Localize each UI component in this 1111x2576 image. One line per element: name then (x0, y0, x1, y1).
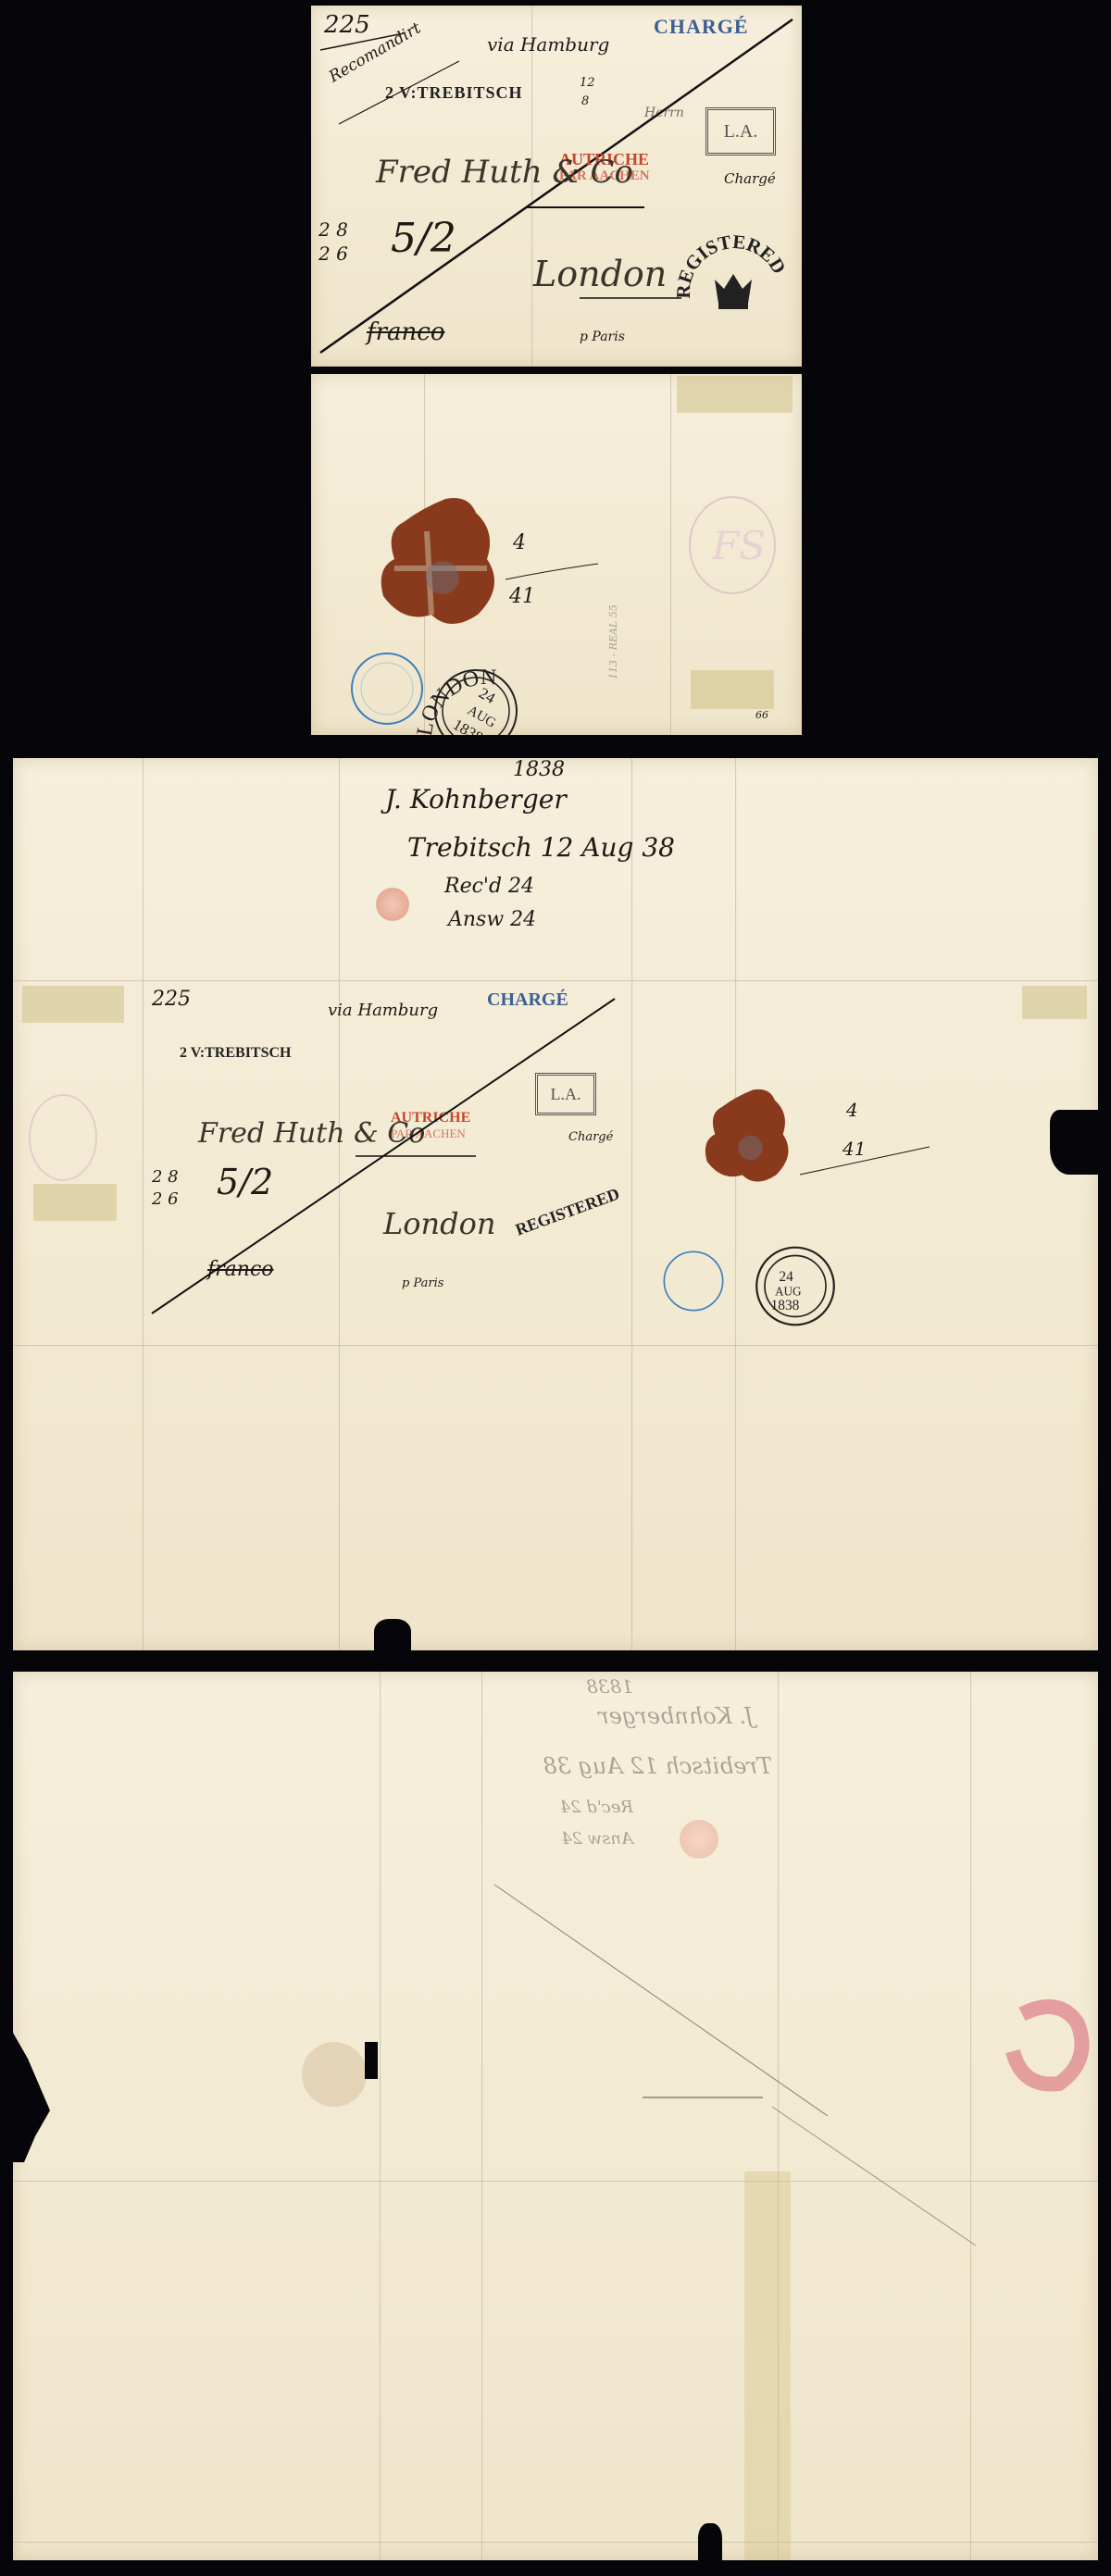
la-text: L.A. (724, 121, 758, 143)
back-rate-bottom: 41 (843, 1138, 866, 1160)
registered-crown-handstamp: REGISTERED (678, 218, 789, 330)
charge-note: Chargé (724, 170, 776, 187)
route-note: via Hamburg (487, 33, 609, 56)
show-through-lines (13, 1672, 1098, 2560)
svg-text:24: 24 (779, 1269, 793, 1285)
la-handstamp: L.A. (705, 107, 776, 156)
per-note: p Paris (580, 330, 625, 344)
london-dated-postmark: LONDON 24 AUG 1838 (413, 626, 552, 735)
rate-total: 5/2 (391, 215, 456, 262)
front-cover-scan: 225 Recomandirt via Hamburg 2 V:TREBITSC… (311, 6, 802, 367)
back-cover-scan: FS 4 41 LONDON 24 AUG 1838 113 - REAL 55… (311, 374, 802, 735)
unfolded-inside-scan: 1838 J. Kohnberger Trebitsch 12 Aug 38 R… (13, 1672, 1098, 2560)
date-fraction-bottom: 8 (581, 94, 589, 108)
addressee-name: Fred Huth & Co (376, 154, 633, 191)
strike-lines (13, 758, 1098, 1650)
charge-handstamp: CHARGÉ (654, 15, 749, 39)
rate-top: 2 8 (318, 218, 348, 241)
destination-city: London (533, 254, 667, 294)
corner-note: 66 (755, 709, 768, 721)
back-rate-top: 4 (846, 1099, 858, 1121)
london-dated-postmark: 24 AUG 1838 (744, 1230, 846, 1332)
svg-text:AUG: AUG (775, 1284, 802, 1298)
wax-seal (698, 1087, 800, 1188)
addressee-prefix: Herrn (644, 106, 684, 120)
pencil-note: 113 - REAL 55 (607, 604, 619, 679)
svg-text:1838: 1838 (771, 1298, 800, 1313)
blue-circular-postmark (661, 1249, 726, 1313)
franco-note: franco (367, 318, 445, 346)
unfolded-outside-scan: 1838 J. Kohnberger Trebitsch 12 Aug 38 R… (13, 758, 1098, 1650)
rate-bottom: 2 6 (318, 243, 348, 265)
date-fraction-top: 12 (580, 76, 595, 90)
origin-postmark: 2 V:TREBITSCH (385, 83, 523, 103)
